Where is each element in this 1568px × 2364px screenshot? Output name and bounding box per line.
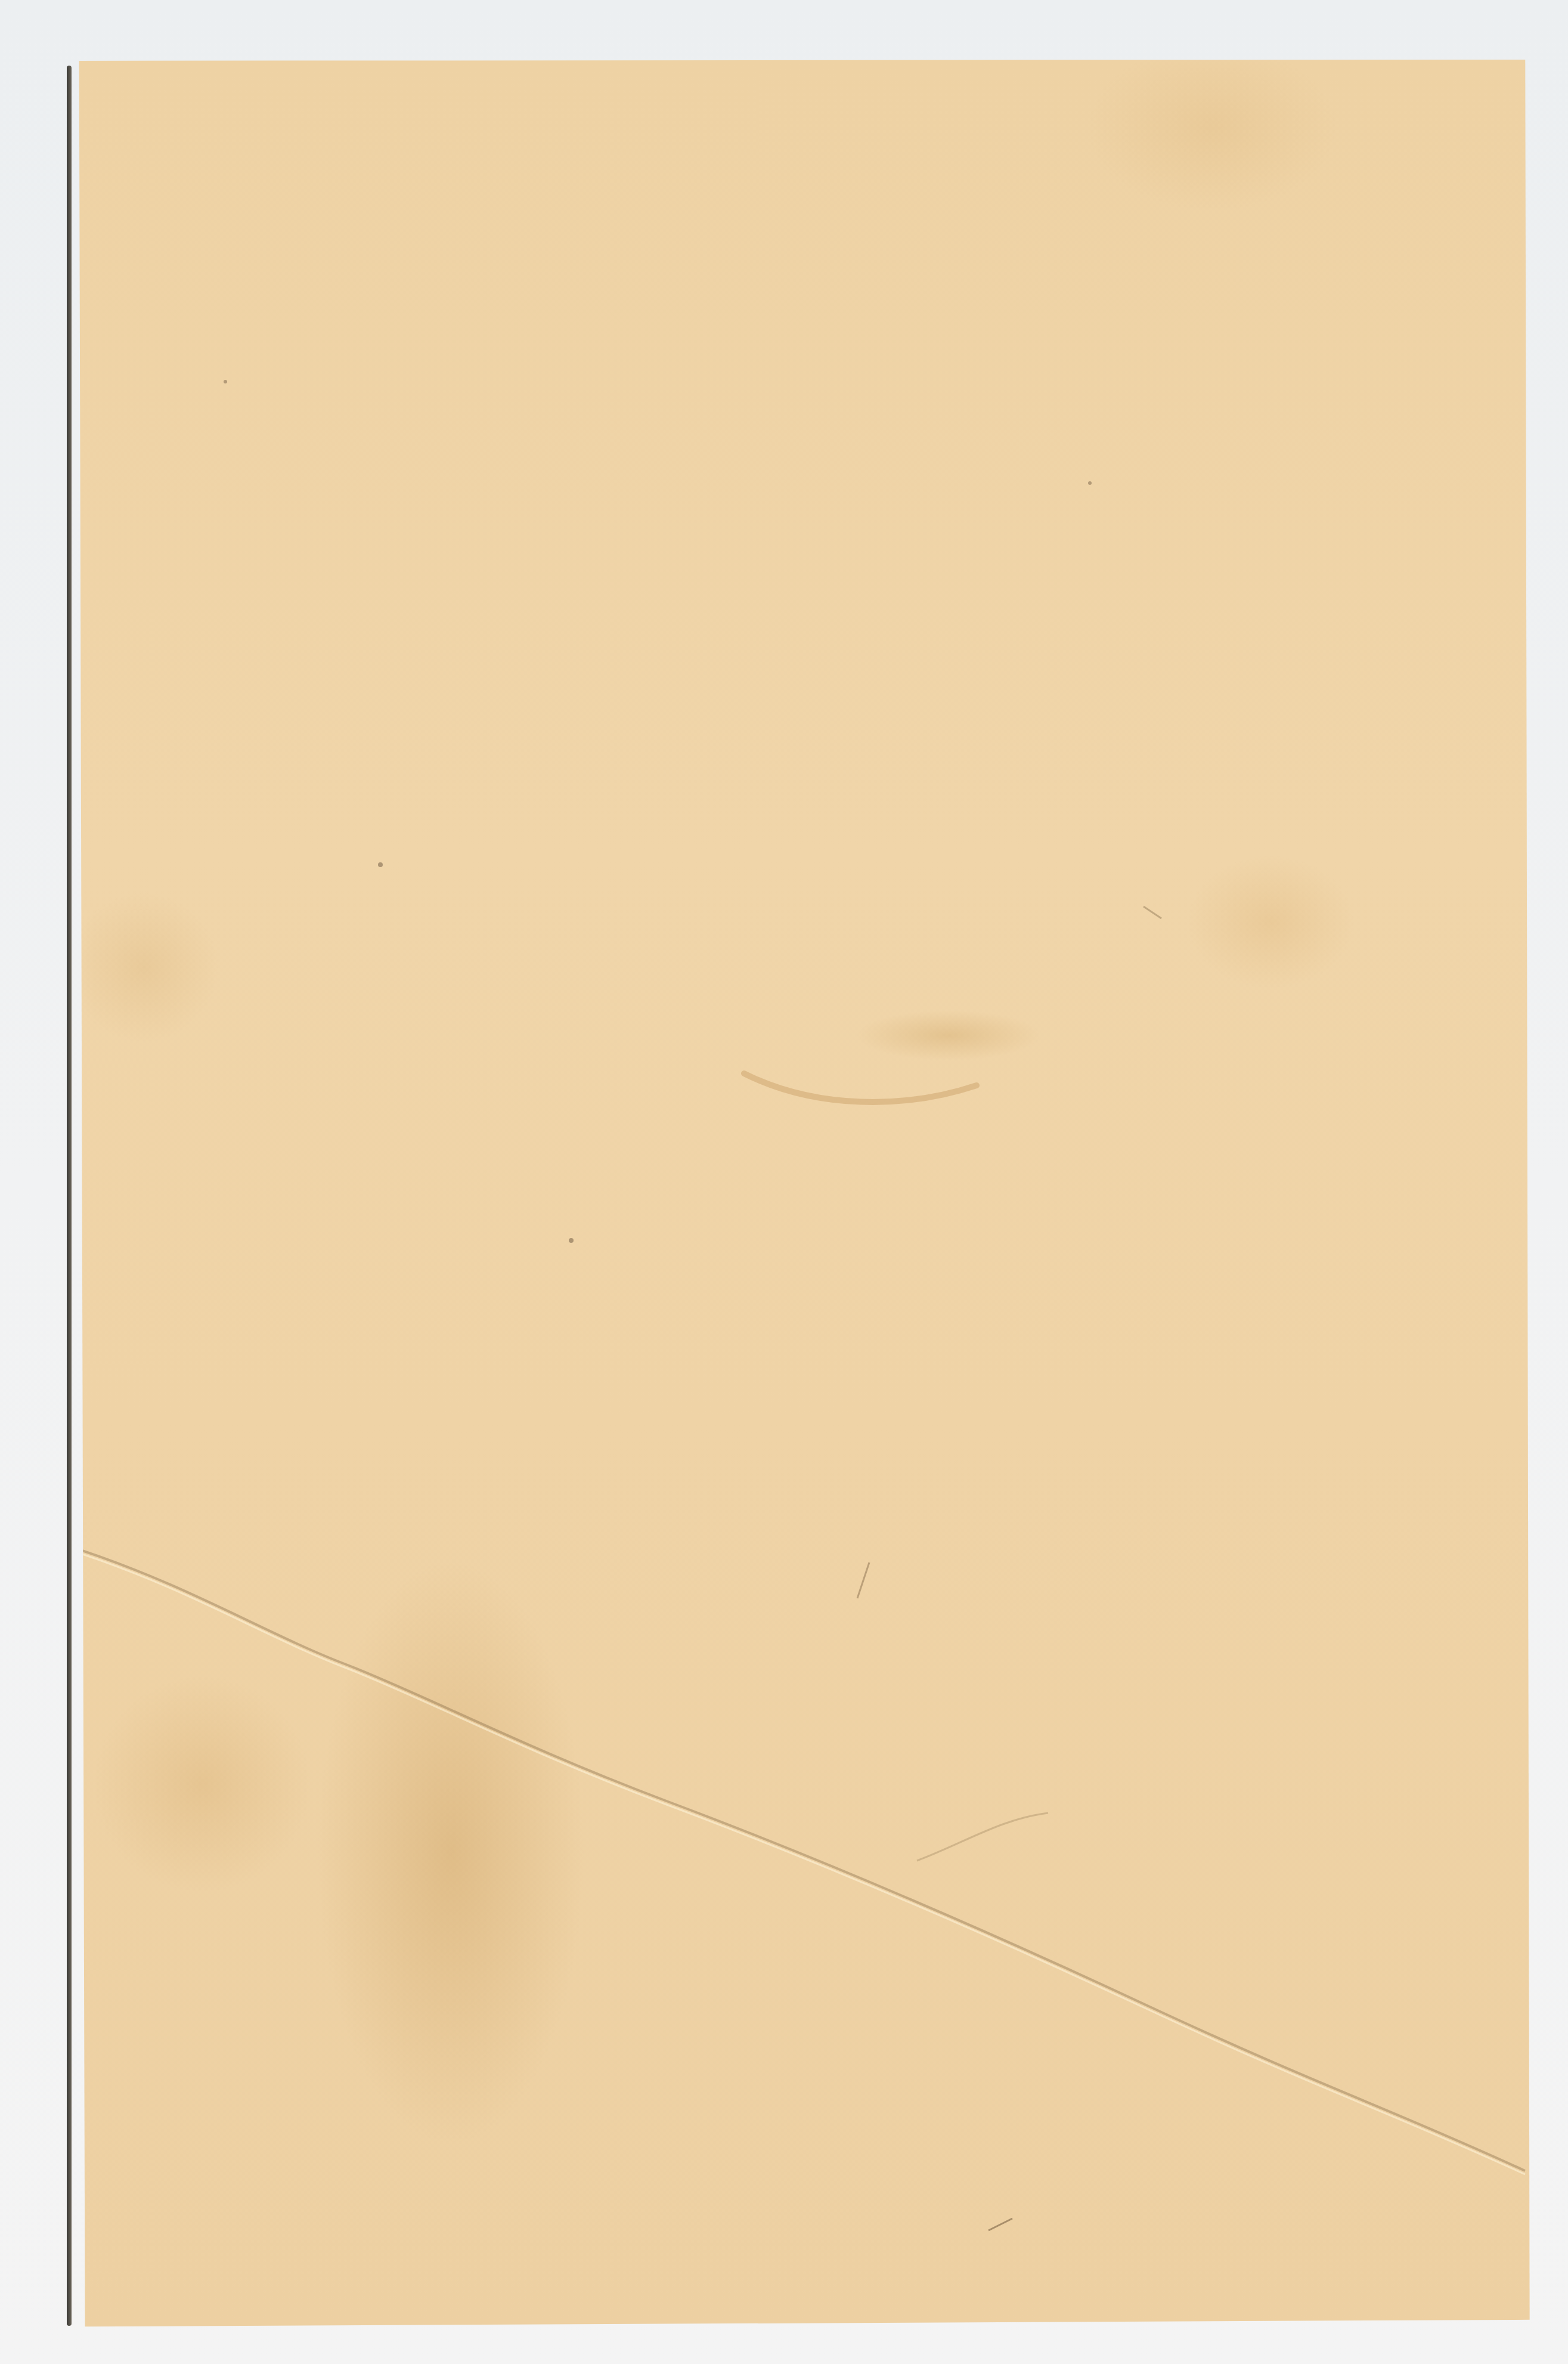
card-edge-shadow <box>67 66 72 2326</box>
crease-line <box>70 60 1534 2329</box>
paper-card <box>70 60 1534 2329</box>
